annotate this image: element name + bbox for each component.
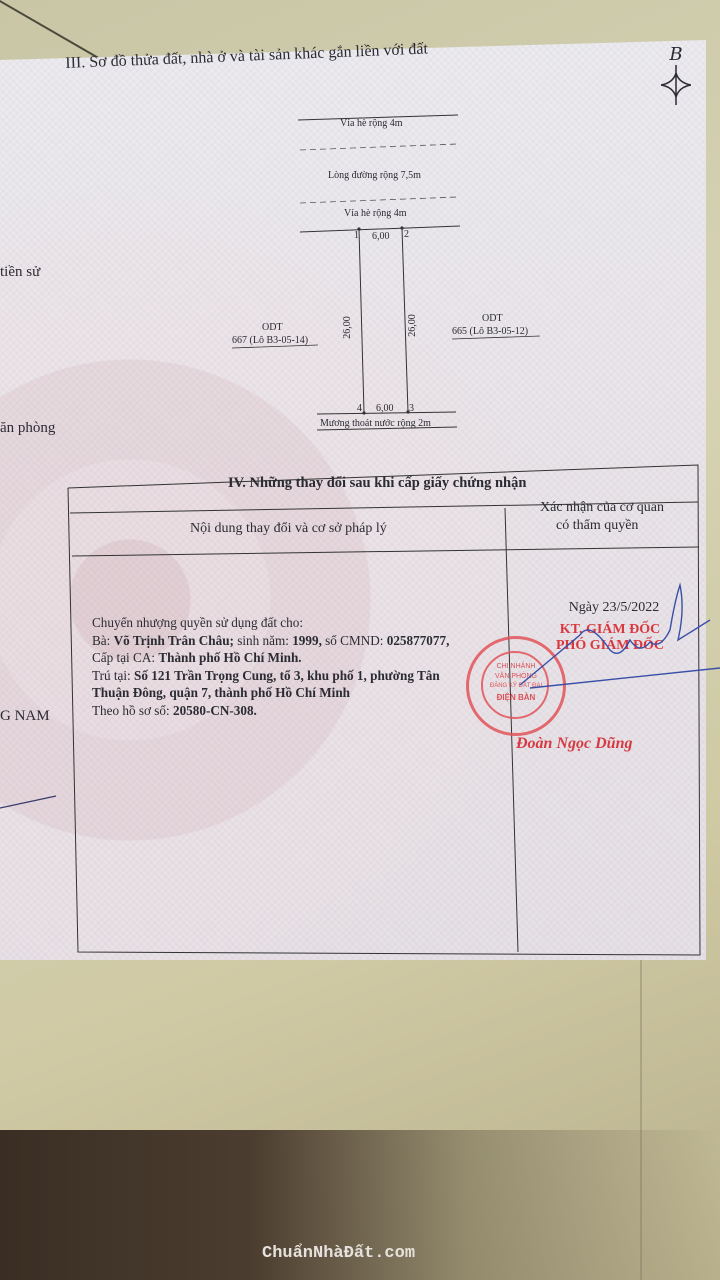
section-4-title: IV. Những thay đổi sau khi cấp giấy chứn… xyxy=(228,475,526,492)
address-line2: Thuận Đông, quận 7, thành phố Hồ Chí Min… xyxy=(92,685,350,700)
issued-place: Thành phố Hồ Chí Minh. xyxy=(158,650,301,665)
entry-line-buyer: Bà: Võ Trịnh Trân Châu; sinh năm: 1999, … xyxy=(92,632,449,650)
handwritten-signature xyxy=(470,580,720,700)
address-line1: Số 121 Trần Trọng Cung, tổ 3, khu phố 1,… xyxy=(134,668,440,683)
column-header-approval-line2: có thẩm quyền xyxy=(556,518,638,534)
entry-line-dossier: Theo hồ sơ số: 20580-CN-308. xyxy=(92,702,449,720)
id-number: 025877077, xyxy=(387,633,450,648)
birth-year: 1999, xyxy=(292,633,322,648)
change-entry: Chuyển nhượng quyền sử dụng đất cho: Bà:… xyxy=(92,614,449,719)
watermark: ChuẩnNhàĐất.com xyxy=(262,1244,415,1263)
entry-line-address: Trú tại: Số 121 Trần Trọng Cung, tổ 3, k… xyxy=(92,667,449,685)
signer-name: Đoàn Ngọc Dũng xyxy=(516,735,632,753)
entry-line-issued: Cấp tại CA: Thành phố Hồ Chí Minh. xyxy=(92,649,449,667)
entry-line-transfer: Chuyển nhượng quyền sử dụng đất cho: xyxy=(92,614,449,632)
buyer-name: Võ Trịnh Trân Châu; xyxy=(114,633,234,648)
dossier-number: 20580-CN-308. xyxy=(173,703,257,718)
column-header-content: Nội dung thay đổi và cơ sở pháp lý xyxy=(190,521,387,537)
column-header-approval-line1: Xác nhận của cơ quan xyxy=(540,500,664,516)
